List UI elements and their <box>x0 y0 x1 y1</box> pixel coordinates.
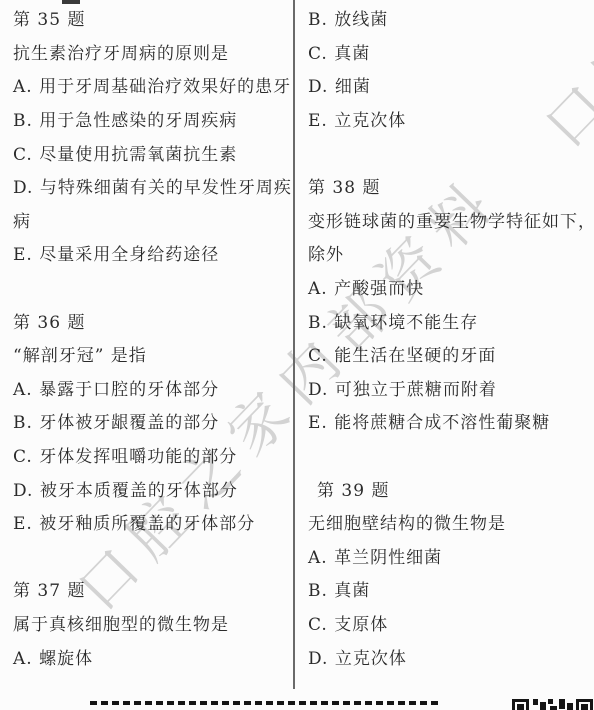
question-line: C. 真菌 <box>308 35 590 69</box>
question-line: 除外 <box>308 236 590 270</box>
document-page: 口腔之家内部资料 口腔之家内部资料 第 35 题抗生素治疗牙周病的原则是A. 用… <box>0 0 594 710</box>
question-column-right: B. 放线菌C. 真菌D. 细菌E. 立克次体第 38 题变形链球菌的重要生物学… <box>308 1 590 673</box>
question-line: E. 能将蔗糖合成不溶性葡聚糖 <box>308 404 590 438</box>
question-line: B. 缺氧环境不能生存 <box>308 303 590 337</box>
question-column-left: 第 35 题抗生素治疗牙周病的原则是A. 用于牙周基础治疗效果好的患牙B. 用于… <box>13 1 291 673</box>
question-line: D. 细菌 <box>308 68 590 102</box>
question-line: 抗生素治疗牙周病的原则是 <box>13 35 291 69</box>
question-line <box>308 135 590 169</box>
question-line: 无细胞壁结构的微生物是 <box>308 505 590 539</box>
question-line: B. 用于急性感染的牙周疾病 <box>13 102 291 136</box>
question-line: C. 牙体发挥咀嚼功能的部分 <box>13 438 291 472</box>
question-line: C. 尽量使用抗需氧菌抗生素 <box>13 135 291 169</box>
question-line: C. 支原体 <box>308 606 590 640</box>
question-line: 第 37 题 <box>13 572 291 606</box>
question-line: E. 尽量采用全身给药途径 <box>13 236 291 270</box>
question-line: 第 35 题 <box>13 1 291 35</box>
question-line <box>13 539 291 573</box>
question-line: 属于真核细胞型的微生物是 <box>13 606 291 640</box>
question-line: D. 被牙本质覆盖的牙体部分 <box>13 471 291 505</box>
question-line: B. 真菌 <box>308 572 590 606</box>
question-line: B. 放线菌 <box>308 1 590 35</box>
qr-code-icon <box>512 697 593 710</box>
question-line: E. 被牙釉质所覆盖的牙体部分 <box>13 505 291 539</box>
question-line: A. 革兰阴性细菌 <box>308 539 590 573</box>
top-edge-artifact <box>62 0 80 4</box>
question-line: C. 能生活在坚硬的牙面 <box>308 337 590 371</box>
column-divider-line <box>293 0 295 689</box>
question-line: 第 36 题 <box>13 303 291 337</box>
footer-dashed-line <box>90 701 438 705</box>
question-line: A. 用于牙周基础治疗效果好的患牙 <box>13 68 291 102</box>
question-line: A. 产酸强而快 <box>308 270 590 304</box>
question-line: “解剖牙冠” 是指 <box>13 337 291 371</box>
question-line: A. 暴露于口腔的牙体部分 <box>13 371 291 405</box>
question-line: D. 可独立于蔗糖而附着 <box>308 371 590 405</box>
question-line: D. 与特殊细菌有关的早发性牙周疾 <box>13 169 291 203</box>
question-line: 变形链球菌的重要生物学特征如下， <box>308 203 590 237</box>
question-line: D. 立克次体 <box>308 639 590 673</box>
question-line: E. 立克次体 <box>308 102 590 136</box>
question-line: 第 38 题 <box>308 169 590 203</box>
question-line <box>13 270 291 304</box>
question-line: B. 牙体被牙龈覆盖的部分 <box>13 404 291 438</box>
question-line: 病 <box>13 203 291 237</box>
question-line: 第 39 题 <box>308 471 590 505</box>
question-line: A. 螺旋体 <box>13 639 291 673</box>
question-line <box>308 438 590 472</box>
